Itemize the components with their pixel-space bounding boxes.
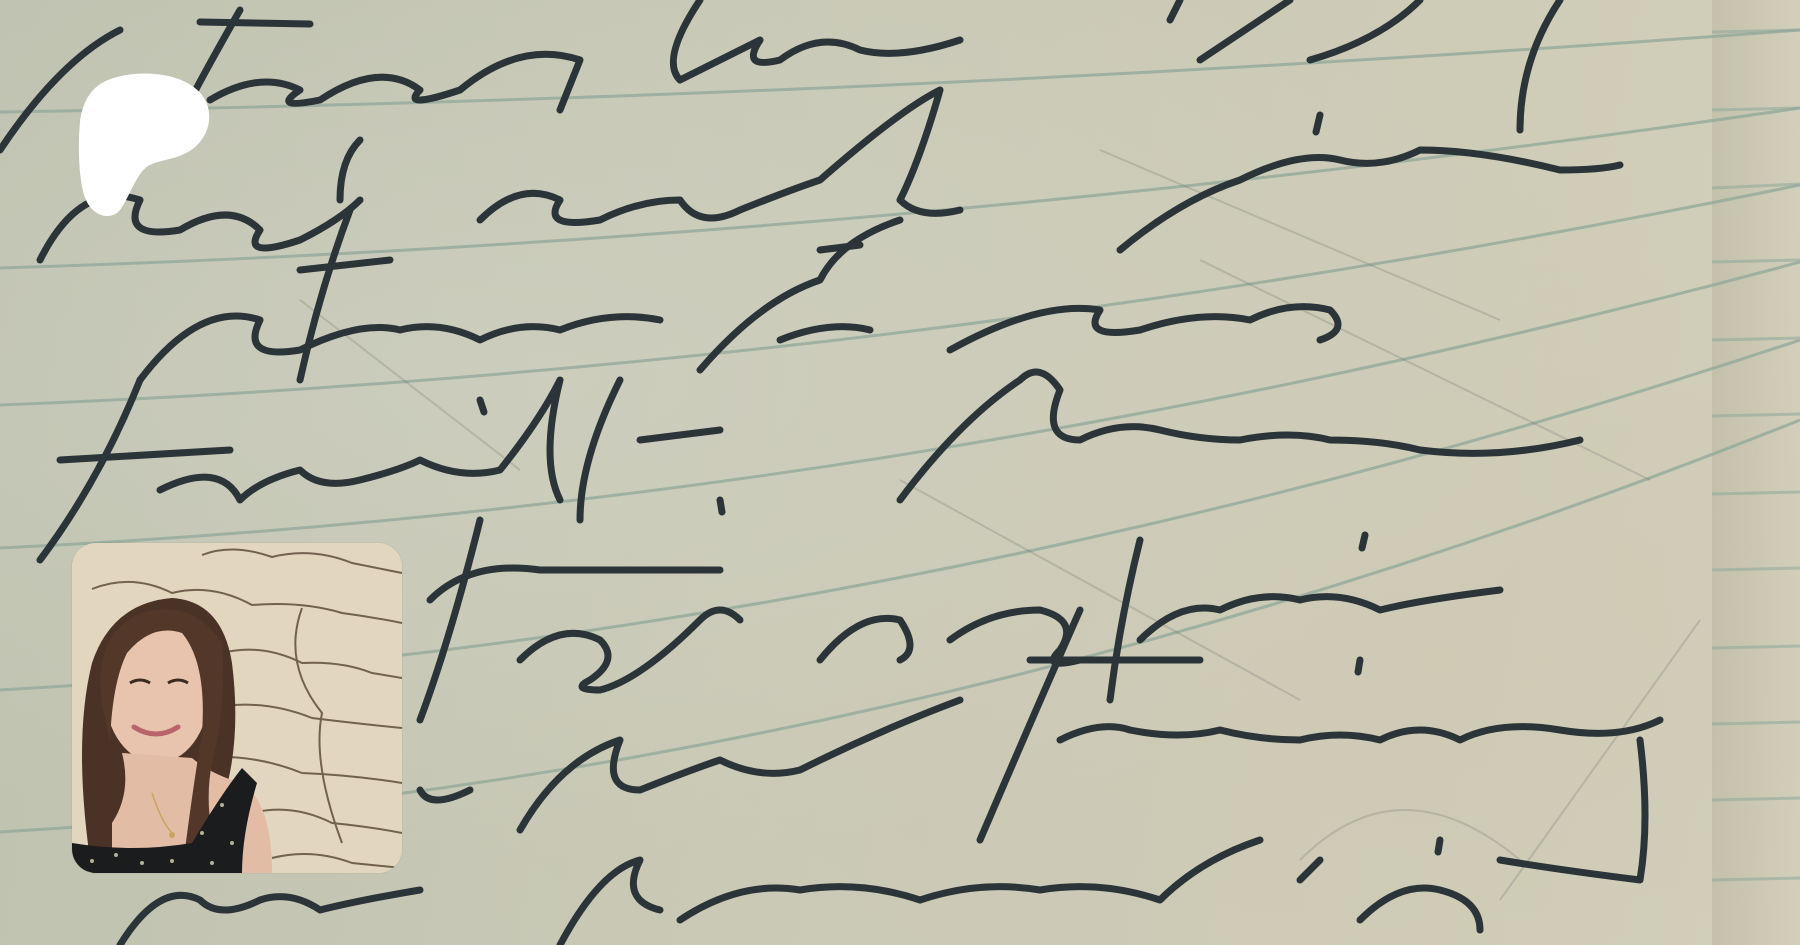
publication-logo-blob-icon[interactable] [78, 72, 212, 218]
preview-card [0, 0, 1800, 945]
author-avatar[interactable] [72, 543, 402, 873]
author-photo [72, 543, 402, 873]
